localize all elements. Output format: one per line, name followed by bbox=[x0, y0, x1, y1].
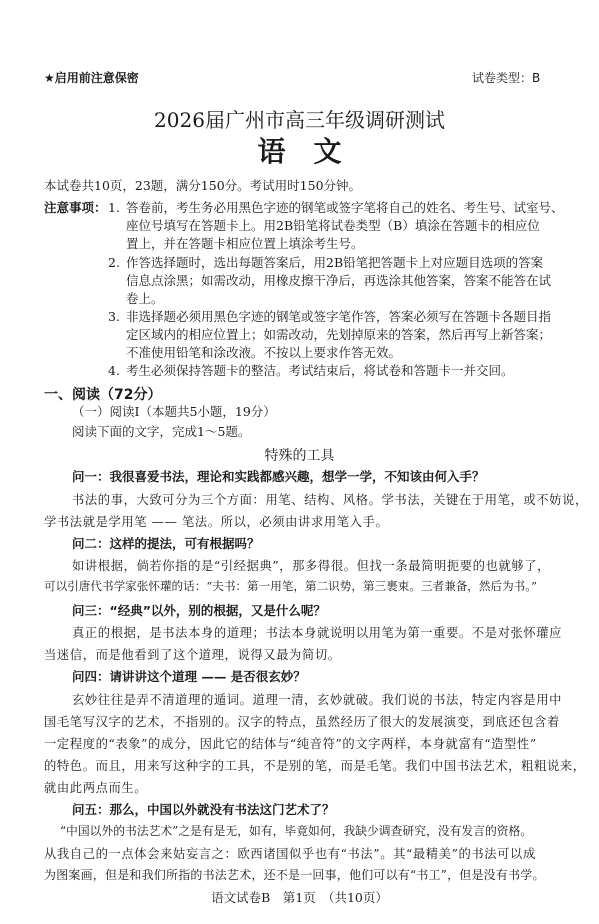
answer-line: 一定程度的“表象”的成分，因此它的结体与“纯音符”的文字两样，本身就富有“造型性… bbox=[44, 734, 537, 752]
answer-line: 书法的事，大致可分为三个方面：用笔、结构、风格。学书法，关键在于用笔，或不妨说， bbox=[72, 490, 588, 508]
subject-title: 语文 bbox=[0, 130, 599, 170]
note-line: 置上，并在答题卡相应位置上填涂考生号。 bbox=[126, 235, 364, 253]
note-line: 作答选择题时，选出每题答案后，用2B铅笔把答题卡上对应题目选项的答案 bbox=[126, 254, 543, 272]
answer-line: 可以引唐代书学家张怀瓘的话：“夫书：第一用笔，第二识势，第三裹束。三者兼备，然后… bbox=[44, 578, 537, 594]
confidential-notice: ★启用前注意保密 bbox=[44, 69, 139, 86]
answer-line: 如讲根据，倘若你指的是“引经据典”，那多得很。但找一条最简明扼要的也就够了， bbox=[72, 556, 550, 574]
question-2: 问二：这样的提法，可有根据吗？ bbox=[72, 534, 260, 552]
question-5: 问五：那么，中国以外就没有书法这门艺术了？ bbox=[72, 800, 335, 818]
exam-title: 2026届广州市高三年级调研测试 bbox=[0, 104, 599, 133]
paper-type: 试卷类型：B bbox=[472, 69, 540, 86]
answer-line: 从我自己的一点体会来姑妄言之：欧西诸国似乎也有“书法”。其“最精美”的书法可以成 bbox=[44, 844, 536, 862]
note-line: 信息点涂黑；如需改动，用橡皮擦干净后，再选涂其他答案，答案不能答在试 bbox=[126, 272, 551, 290]
article-title: 特殊的工具 bbox=[0, 445, 599, 465]
notes-label: 注意事项： bbox=[44, 199, 107, 217]
reading-instruction: 阅读下面的文字，完成1～5题。 bbox=[72, 423, 250, 441]
note-line: 考生必须保持答题卡的整洁。考试结束后，将试卷和答题卡一并交回。 bbox=[126, 362, 514, 380]
note-line: 答卷前，考生务必用黑色字迹的钢笔或签字笔将自己的姓名、考生号、试室号、 bbox=[126, 199, 564, 217]
note-line: 非选择题必须用黑色字迹的钢笔或签字笔作答，答案必须写在答题卡各题目指 bbox=[126, 308, 551, 326]
exam-intro: 本试卷共10页，23题，满分150分。考试用时150分钟。 bbox=[44, 177, 361, 195]
note-line: 卷上。 bbox=[126, 290, 164, 308]
answer-line: 玄妙往往是弄不清道理的遁词。道理一清，玄妙就破。我们说的书法，特定内容是用中 bbox=[72, 690, 562, 708]
question-1: 问一：我很喜爱书法，理论和实践都感兴趣，想学一学，不知该由何入手？ bbox=[72, 467, 485, 485]
note-number: 3. bbox=[108, 308, 120, 326]
answer-line: “中国以外的书法艺术”之是有是无，如有，毕竟如何，我缺少调查研究，没有发言的资格… bbox=[60, 822, 532, 839]
answer-line: 就由此两点而生。 bbox=[44, 778, 147, 796]
section-heading: 一、阅读（72分） bbox=[44, 384, 161, 404]
note-line: 定区域内的相应位置上；如需改动，先划掉原来的答案，然后再写上新答案； bbox=[126, 326, 551, 344]
page-footer: 语文试卷B 第1页 （共10页） bbox=[0, 888, 599, 906]
answer-line: 国毛笔写汉字的艺术，不指别的。汉字的特点，虽然经历了很大的发展演变，到底还包含着 bbox=[44, 712, 560, 730]
answer-line: 当迷信，而是他看到了这个道理，说得又最为简切。 bbox=[44, 645, 341, 663]
note-number: 2. bbox=[108, 254, 120, 272]
sub-section-heading: （一）阅读Ⅰ（本题共5小题，19分） bbox=[72, 403, 276, 421]
question-4: 问四：请讲讲这个道理 —— 是否很玄妙？ bbox=[72, 667, 306, 685]
note-line: 座位号填写在答题卡上。用2B铅笔将试卷类型（B）填涂在答题卡的相应位 bbox=[126, 217, 540, 235]
question-3: 问三：“经典”以外，别的根据，又是什么呢？ bbox=[72, 601, 326, 619]
answer-line: 真正的根据，是书法本身的道理；书法本身就说明以用笔为第一重要。不是对张怀瓘应 bbox=[72, 623, 562, 641]
note-line: 不准使用铅笔和涂改液。不按以上要求作答无效。 bbox=[126, 344, 401, 362]
answer-line: 学书法就是学用笔 —— 笔法。所以，必须由讲求用笔入手。 bbox=[44, 512, 388, 530]
note-number: 4. bbox=[108, 362, 120, 380]
answer-line: 的特色。而且，用来写这种字的工具，不是别的笔，而是毛笔。我们中国书法艺术，粗粗说… bbox=[44, 756, 586, 774]
answer-line: 为图案画，但是和我们所指的书法艺术，还不是一回事，他们可以有“书工”，但是没有书… bbox=[44, 866, 545, 883]
note-number: 1. bbox=[108, 199, 120, 217]
